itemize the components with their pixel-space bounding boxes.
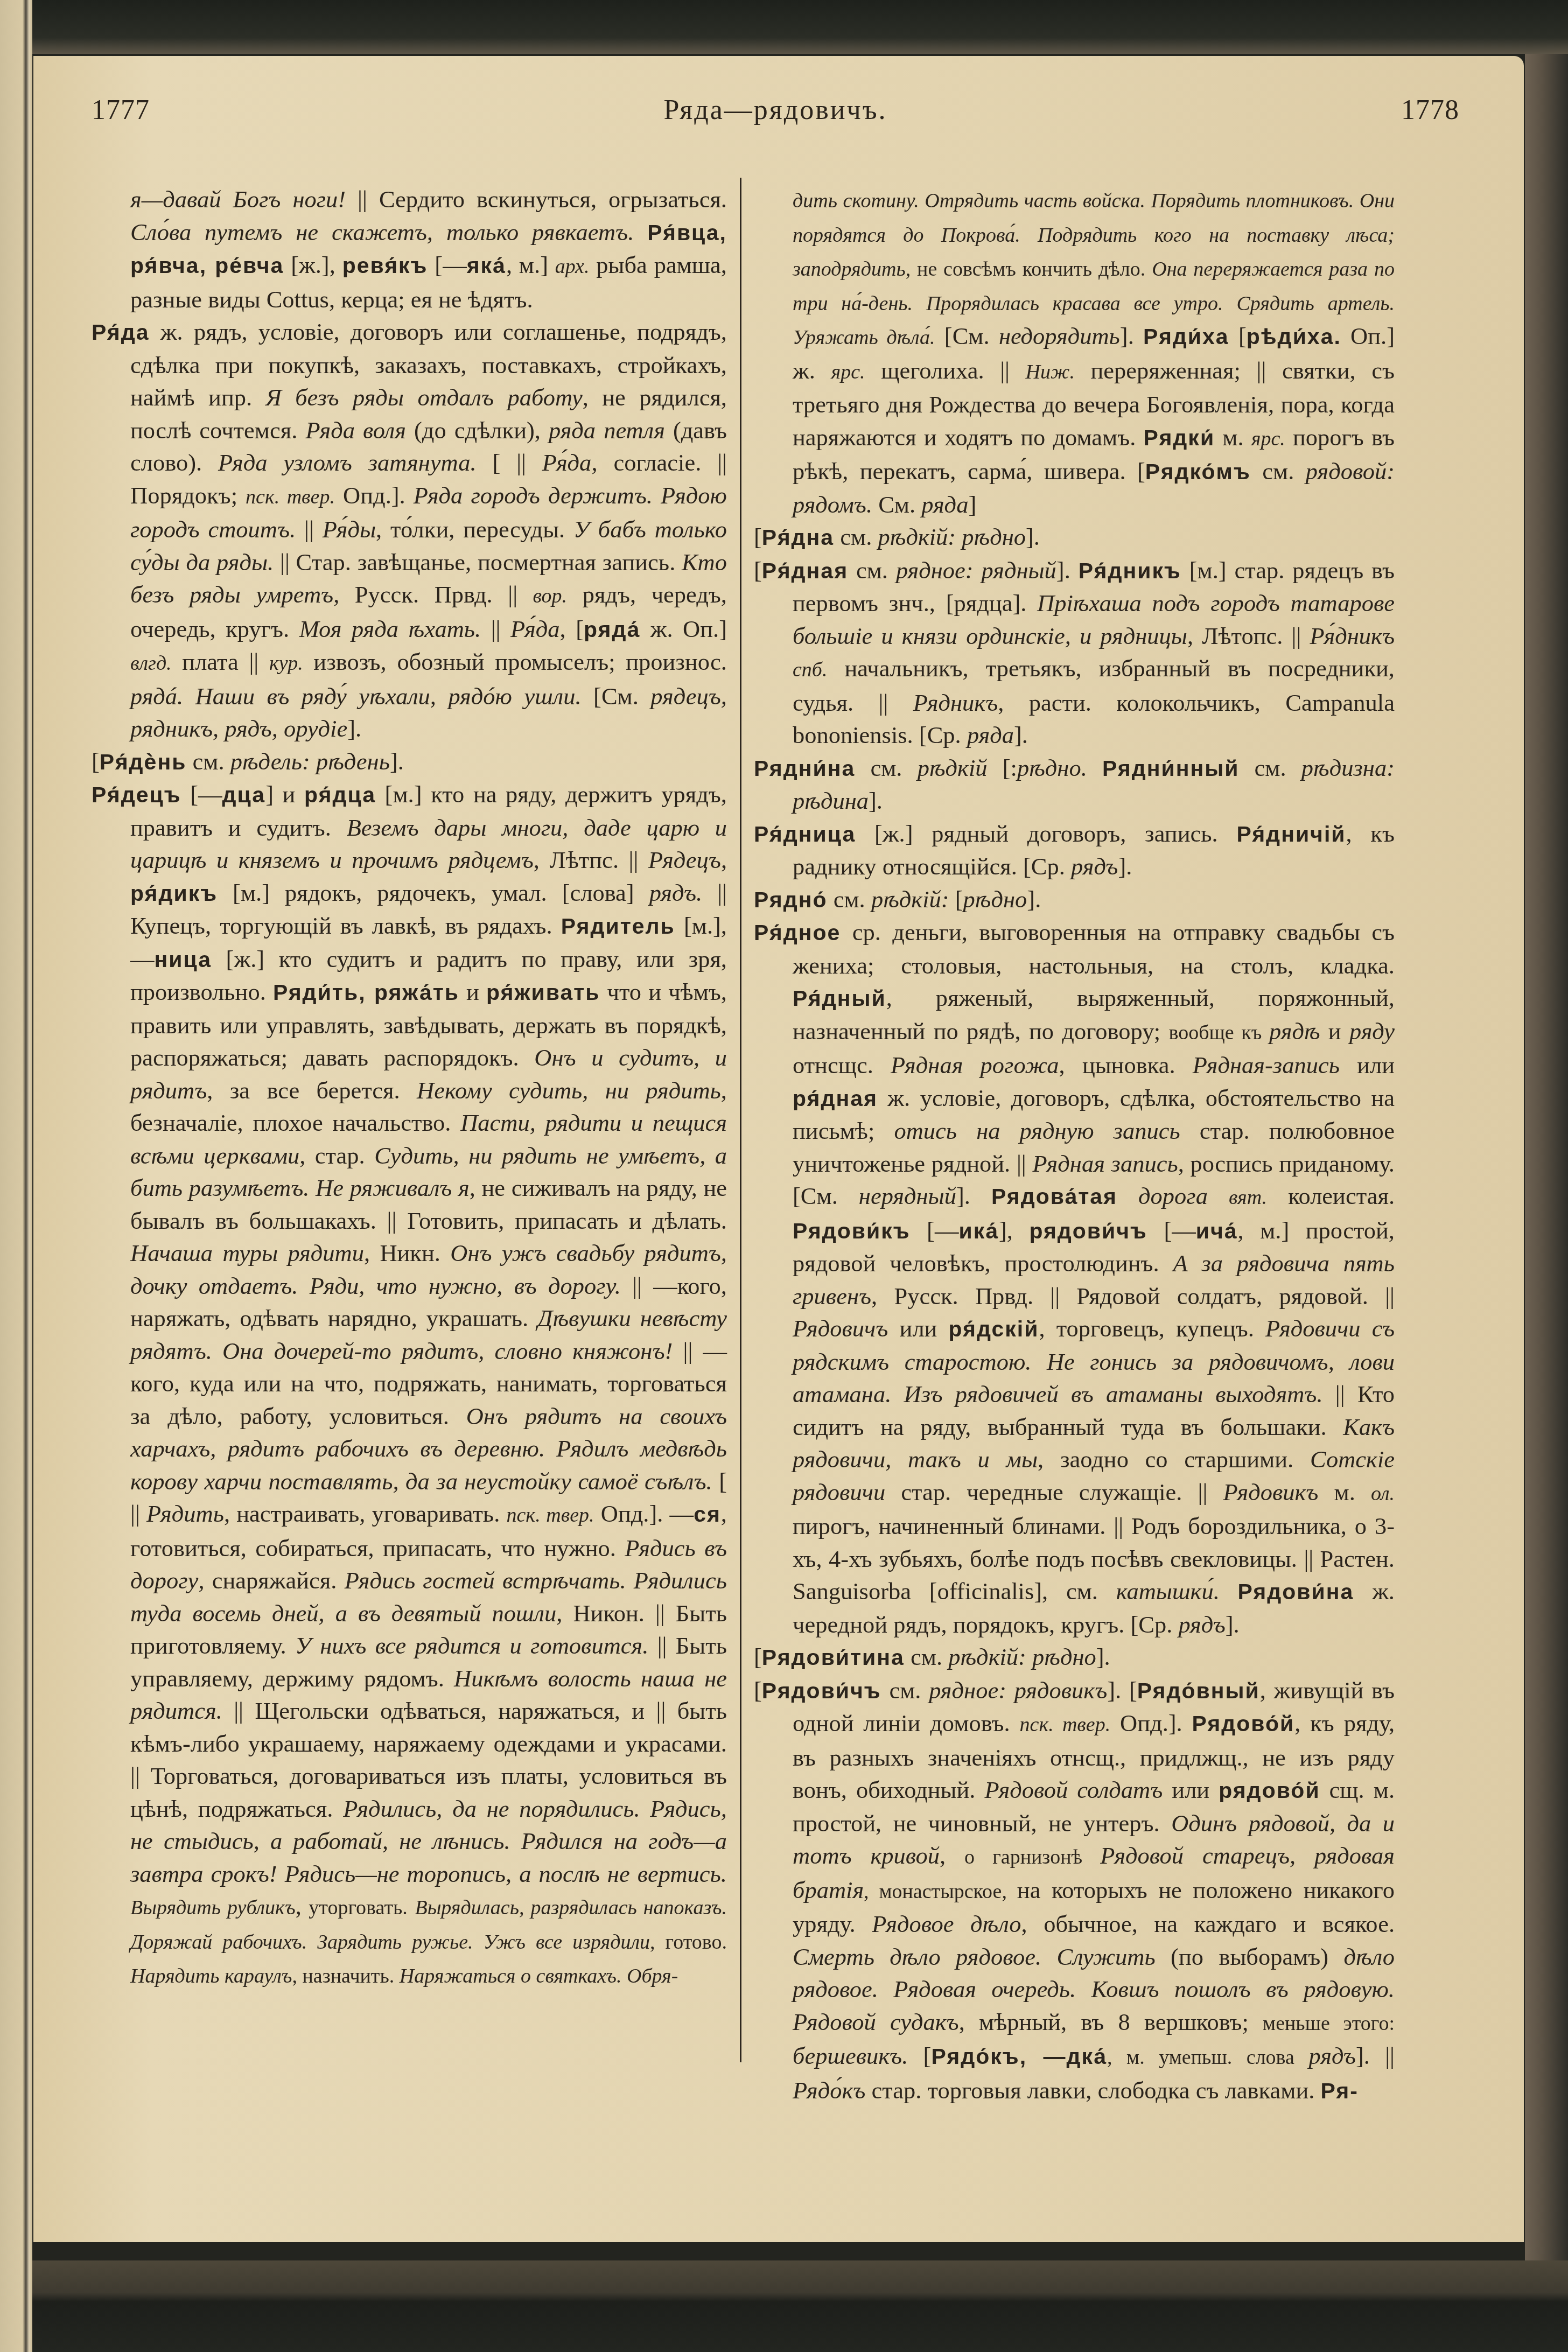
definition-text: Опд.]. —	[594, 1500, 694, 1527]
definition-text: , готово.	[650, 1931, 727, 1954]
definition-text: [ж.],	[284, 251, 342, 278]
definition-text: отнсщс.	[793, 1052, 891, 1079]
example-text: ряда петля	[549, 417, 665, 444]
definition-text: ]. ||	[1356, 2042, 1395, 2069]
definition-text: [ ||	[477, 449, 542, 476]
headword: Ря́дѐнь	[100, 750, 187, 774]
definition-text: меньше этого:	[1263, 2012, 1395, 2035]
definition-text: см.	[1239, 754, 1301, 781]
definition-text: ]	[968, 491, 976, 518]
example-text: я—давай Богъ ноги!	[130, 186, 346, 213]
example-text: рядѣ	[1269, 1018, 1320, 1045]
definition-text: (до сдѣлки),	[406, 417, 549, 444]
example-text: спб.	[793, 659, 827, 681]
dictionary-entry: [Ря́дѐнь см. рѣдель: рѣдень].	[92, 745, 727, 779]
definition-text: , снаряжайся.	[198, 1567, 344, 1594]
definition-text: [	[1229, 323, 1247, 349]
example-text: катышки́.	[1116, 1578, 1220, 1605]
headword: Рядо́вный	[1137, 1678, 1260, 1703]
definition-text: [См.	[935, 323, 999, 349]
example-text: Ря́дникъ	[1310, 622, 1395, 649]
definition-text: , не совсѣмъ кончить дѣло.	[906, 258, 1152, 281]
definition-text: (по выборамъ)	[1156, 1943, 1344, 1970]
definition-text: см.	[828, 886, 871, 913]
example-text: рѣдкій:	[871, 886, 949, 913]
example-text: ряду	[1349, 1018, 1395, 1045]
example-text: Ниж.	[1026, 361, 1075, 383]
definition-text: ].	[1120, 323, 1143, 349]
definition-text: ж. Оп.]	[640, 615, 727, 642]
definition-text: , мѣрный, въ 8 вершковъ;	[959, 2008, 1263, 2035]
definition-text: м.	[1318, 1479, 1370, 1506]
page-header: 1777 Ряда—рядовичъ. 1778	[92, 94, 1459, 137]
example-text: Рядная-запись	[1193, 1052, 1340, 1079]
headword: ря́живать	[486, 980, 600, 1005]
definition-text	[634, 219, 647, 246]
example-text: Рядить	[146, 1500, 224, 1527]
headword: Ря́дное	[754, 920, 841, 945]
headword: ича́	[1196, 1219, 1238, 1243]
example-text: рядъ	[1309, 2042, 1356, 2069]
definition-text: ср. деньги, выговоренныя на отправку сва…	[793, 919, 1395, 979]
example-text: вор.	[533, 585, 568, 607]
definition-text: , за все берется.	[207, 1077, 417, 1104]
example-text: ол.	[1371, 1482, 1395, 1505]
definition-text: [—	[181, 781, 222, 808]
example-text: Рядовичъ	[793, 1315, 888, 1342]
headword: Ряди́ть, ряжа́ть	[273, 980, 459, 1005]
definition-text: ].	[869, 787, 883, 814]
example-text: рядное: рядовикъ	[929, 1677, 1107, 1704]
definition-text: и	[459, 978, 486, 1005]
definition-text: [м.] рядокъ, рядочекъ, умал. [слова]	[218, 879, 649, 906]
definition-text: или	[1163, 1776, 1219, 1803]
definition-text: , назначить.	[292, 1965, 400, 1987]
definition-text: или	[1340, 1052, 1395, 1079]
definition-text: , настраивать, уговаривать.	[224, 1500, 507, 1527]
example-text: Моя ряда ѣхать.	[299, 615, 481, 642]
example-text: рядъ	[1071, 853, 1118, 880]
definition-text: и	[1320, 1018, 1349, 1045]
example-text: рѣдно	[963, 886, 1027, 913]
headword: Ря́дница	[754, 822, 856, 846]
headword: ря́дикъ	[130, 881, 218, 906]
example-text: Рядовой солдатъ	[984, 1776, 1163, 1803]
headword: ревя́къ	[342, 253, 428, 278]
definition-text: ].	[1026, 523, 1040, 550]
headword: Ря́дничій	[1236, 822, 1346, 846]
example-text: ярс.	[831, 361, 865, 383]
left-column: я—давай Богъ ноги! || Сердито вскинуться…	[92, 183, 727, 1993]
definition-text: , цыновка.	[1059, 1052, 1193, 1079]
definition-text: || Стар. завѣщанье, посмертная запись.	[274, 549, 682, 576]
example-text: рѣдкій: рѣдно	[878, 523, 1026, 550]
headword: яка́	[467, 253, 506, 278]
headword: рядово́й	[1219, 1778, 1320, 1803]
example-text: бершевикъ.	[793, 2042, 908, 2069]
definition-text: [	[754, 1643, 762, 1670]
definition-text: , торговецъ, купецъ.	[1039, 1315, 1265, 1342]
example-text: рядное: рядный	[896, 557, 1056, 584]
definition-text: уторговать.	[309, 1896, 408, 1919]
definition-text: ]. [	[1107, 1677, 1137, 1704]
definition-text: ],	[999, 1217, 1029, 1244]
example-text: Рядовикъ	[1223, 1479, 1318, 1506]
example-text: ряда	[921, 491, 968, 518]
dictionary-entry: [Рядови́чъ см. рядное: рядовикъ]. [Рядо́…	[754, 1674, 1395, 2108]
definition-text: стар. торговыя лавки, слободка съ лавкам…	[865, 2077, 1320, 2104]
dictionary-entry: [Ря́дная см. рядное: рядный]. Ря́дникъ […	[754, 554, 1395, 752]
headword: Ря́дный	[793, 986, 886, 1011]
definition-text: ].	[1014, 722, 1028, 748]
headword: дца	[222, 782, 266, 807]
example-text: Нарядить караулъ	[130, 1965, 292, 1987]
book-binding-right	[1525, 54, 1568, 2352]
definition-text: м.	[1215, 424, 1251, 451]
example-text: пск. твер.	[246, 486, 335, 508]
headword: Рядко́мъ	[1145, 459, 1251, 484]
headword: Рядки́	[1144, 425, 1215, 450]
headword: Рядо́къ, —дка́	[931, 2044, 1107, 2069]
example-text: дорога	[1138, 1182, 1208, 1209]
definition-text: ] и	[265, 781, 304, 808]
definition-text: , Русск. Првд. ||	[333, 581, 533, 608]
column-divider	[740, 178, 741, 2062]
definition-text: ].	[1027, 886, 1041, 913]
definition-text: , заодно со старшими.	[1038, 1446, 1310, 1473]
definition-text: , стар.	[299, 1142, 374, 1169]
headword: Рядни́на	[754, 756, 855, 781]
definition-text: [	[754, 557, 762, 584]
headword: ница	[155, 947, 212, 972]
example-text: Некому судить, ни рядить	[417, 1077, 721, 1104]
dictionary-entry: Рядни́на см. рѣдкій [:рѣдно. Рядни́нный …	[754, 752, 1395, 817]
definition-text: ].	[956, 1182, 991, 1209]
example-text: отись на рядную запись	[894, 1117, 1180, 1144]
headword: Ряди́ха	[1143, 324, 1229, 349]
dictionary-entry: [Рядови́тина см. рѣдкій: рѣдно].	[754, 1641, 1395, 1674]
dictionary-entry: Ря́да ж. рядъ, условіе, договоръ или сог…	[92, 316, 727, 745]
example-text: недорядить	[999, 323, 1120, 349]
definition-text: щеголиха. ||	[865, 357, 1026, 384]
headword: Ря́дна	[762, 525, 834, 550]
headword: Рядитель	[561, 914, 675, 939]
definition-text: [—	[1147, 1217, 1196, 1244]
example-text: Вырядить рубликъ	[130, 1896, 296, 1919]
example-text: нерядный	[859, 1182, 956, 1209]
definition-text: ,	[721, 846, 727, 873]
headword: ика́	[958, 1219, 999, 1243]
example-text: У нихъ все рядится и готовится.	[295, 1632, 648, 1659]
headword: рѣди́ха.	[1247, 324, 1341, 349]
example-text: Я безъ ряды отдалъ работу	[266, 384, 583, 411]
example-text: Рядовое дѣло	[872, 1910, 1021, 1937]
headword: Ря-	[1321, 2078, 1359, 2103]
definition-text: , Никн.	[364, 1240, 450, 1266]
headword: ся	[694, 1502, 721, 1527]
dictionary-entry: [Ря́дна см. рѣдкій: рѣдно].	[754, 521, 1395, 554]
definition-text: см.	[848, 557, 896, 584]
example-text: Ряда воля	[305, 417, 406, 444]
definition-text: ,	[940, 1842, 964, 1869]
definition-text: извозъ, обозный промыселъ; произнос.	[303, 648, 727, 675]
headword: Рядно́	[754, 887, 828, 912]
definition-text: ].	[390, 748, 404, 775]
headword: Рядови́на	[1238, 1579, 1354, 1604]
definition-text: ].	[1056, 557, 1079, 584]
definition-text: [	[754, 523, 762, 550]
example-text: рядá. Наши въ ряду́ уѣхали, рядóю ушли.	[130, 683, 582, 710]
dictionary-entry: Ря́дное ср. деньги, выговоренныя на отпр…	[754, 916, 1395, 1641]
example-text: рѣдкій	[918, 754, 988, 781]
example-text: рядъ.	[649, 879, 703, 906]
definition-text: см.	[1251, 458, 1306, 485]
headword: Ря́дная	[762, 558, 848, 583]
entry-continuation: я—давай Богъ ноги! || Сердито вскинуться…	[92, 183, 727, 316]
definition-text: ].	[1096, 1643, 1110, 1670]
dictionary-entry: Ря́дница [ж.] рядный договоръ, запись. Р…	[754, 817, 1395, 883]
definition-text: см.	[186, 748, 230, 775]
definition-text: ,	[296, 1893, 309, 1920]
headword: Ря́да	[92, 320, 150, 345]
example-text: рядъ	[1178, 1611, 1225, 1638]
headword: Рядово́й	[1192, 1711, 1295, 1736]
example-text: Ря́да	[510, 615, 560, 642]
definition-text: || Сердито вскинуться, огрызаться.	[346, 186, 727, 213]
definition-text: , Лѣтпс. ||	[534, 846, 648, 873]
page-number-right: 1778	[1401, 94, 1459, 126]
example-text: пск. твер.	[507, 1504, 594, 1527]
definition-text	[408, 1893, 415, 1920]
right-column: дить скотину. Отрядить часть войска. Пор…	[754, 183, 1395, 2107]
definition-text: [—	[911, 1217, 959, 1244]
example-text: Сло́ва путемъ не скажетъ, только рявкает…	[130, 219, 634, 246]
definition-text: , монастырское,	[864, 1880, 1017, 1903]
definition-text: [См.	[582, 683, 651, 710]
example-text: Смерть дѣло рядовое. Служить	[793, 1943, 1156, 1970]
example-text: Рядная рогожа	[891, 1052, 1059, 1079]
definition-text: [:	[988, 754, 1017, 781]
example-text: рѣдель: рѣдень	[230, 748, 390, 775]
definition-text: о гарнизонѣ	[964, 1846, 1100, 1868]
definition-text: см.	[905, 1643, 948, 1670]
example-text: Ряда узломъ затянута.	[218, 449, 477, 476]
example-text: Рядникъ	[913, 689, 998, 716]
headword: ря́дца	[304, 782, 376, 807]
definition-text: вообще къ	[1168, 1021, 1269, 1044]
example-text: ряда	[967, 722, 1014, 748]
definition-text: , Русск. Првд. || Рядовой солдатъ, рядов…	[871, 1283, 1395, 1310]
example-text: арх.	[555, 255, 590, 278]
example-text: кур.	[269, 652, 303, 675]
definition-text: См.	[872, 491, 921, 518]
example-text: вят.	[1229, 1186, 1267, 1209]
headword: Ря́децъ	[92, 782, 181, 807]
definition-text: , [	[560, 615, 584, 642]
example-text: влгд.	[130, 652, 172, 675]
headword: Рядови́чъ	[762, 1678, 881, 1703]
definition-text	[1220, 1578, 1238, 1605]
definition-text: или	[888, 1315, 948, 1342]
definition-text	[1208, 1182, 1229, 1209]
definition-text: , м.]	[506, 251, 555, 278]
example-text: рѣдкій: рѣдно	[948, 1643, 1096, 1670]
definition-text: стар. чередные служащіе. ||	[885, 1479, 1223, 1506]
definition-text: , Лѣтопс. ||	[1187, 622, 1310, 649]
definition-text: [	[908, 2042, 931, 2069]
definition-text: плата ||	[172, 648, 269, 675]
definition-text: ].	[1118, 853, 1132, 880]
definition-text: [	[92, 748, 100, 775]
headword: ря́дскій	[949, 1317, 1039, 1341]
dictionary-entry: Ря́децъ [—дца] и ря́дца [м.] кто на ряду…	[92, 778, 727, 1993]
headword: Рядова́тая	[991, 1184, 1117, 1209]
definition-text: , то́лки, пересуды.	[376, 516, 573, 543]
headword: рядови́чъ	[1029, 1219, 1147, 1243]
headword: Рядови́къ	[793, 1219, 911, 1243]
example-text: рѣдно.	[1017, 754, 1087, 781]
example-text: Начаша туры рядити	[130, 1240, 364, 1266]
book-spine-gutter	[0, 0, 32, 2352]
definition-text: колеистая.	[1267, 1182, 1395, 1209]
dictionary-entry: Рядно́ см. рѣдкій: [рѣдно].	[754, 883, 1395, 916]
headword: Рядни́нный	[1102, 756, 1239, 781]
definition-text: см.	[834, 523, 878, 550]
definition-text: Опд.].	[335, 482, 414, 509]
example-text: Рядо́къ	[793, 2077, 865, 2104]
definition-text: ||	[296, 516, 323, 543]
definition-text: см.	[881, 1677, 929, 1704]
book-binding-top	[32, 0, 1568, 54]
running-head: Ряда—рядовичъ.	[92, 94, 1459, 126]
headword: Рядови́тина	[762, 1645, 905, 1670]
example-text: Наряжаться о святкахъ. Обря-	[400, 1965, 678, 1987]
example-text: Ря́ды	[323, 516, 376, 543]
example-text: Рядная запись	[1033, 1150, 1178, 1177]
definition-text	[1117, 1182, 1138, 1209]
example-text: Ря́да	[542, 449, 592, 476]
definition-text: [—	[428, 251, 466, 278]
definition-text: ].	[1226, 1611, 1240, 1638]
headword: Ря́дникъ	[1079, 558, 1181, 583]
definition-text: ].	[347, 715, 361, 742]
definition-text: , м. умепьш. слова	[1107, 2046, 1309, 2069]
definition-text: ||	[481, 615, 510, 642]
example-text: пск. твер.	[1020, 1713, 1111, 1736]
entry-continuation: дить скотину. Отрядить часть войска. Пор…	[754, 183, 1395, 521]
definition-text: см.	[855, 754, 917, 781]
definition-text: Опд.].	[1110, 1710, 1192, 1737]
example-text: ярс.	[1251, 428, 1285, 450]
definition-text: [	[754, 1677, 762, 1704]
definition-text: , обычное, на каждаго и всякое.	[1021, 1910, 1395, 1937]
definition-text: [	[949, 886, 963, 913]
headword: ря́дная	[793, 1086, 878, 1111]
definition-text	[1087, 754, 1102, 781]
headword: ряда́	[584, 617, 640, 642]
definition-text: [ж.] рядный договоръ, запись.	[856, 820, 1236, 847]
example-text: Рядецъ	[648, 846, 721, 873]
book-binding-bottom	[32, 2260, 1568, 2352]
